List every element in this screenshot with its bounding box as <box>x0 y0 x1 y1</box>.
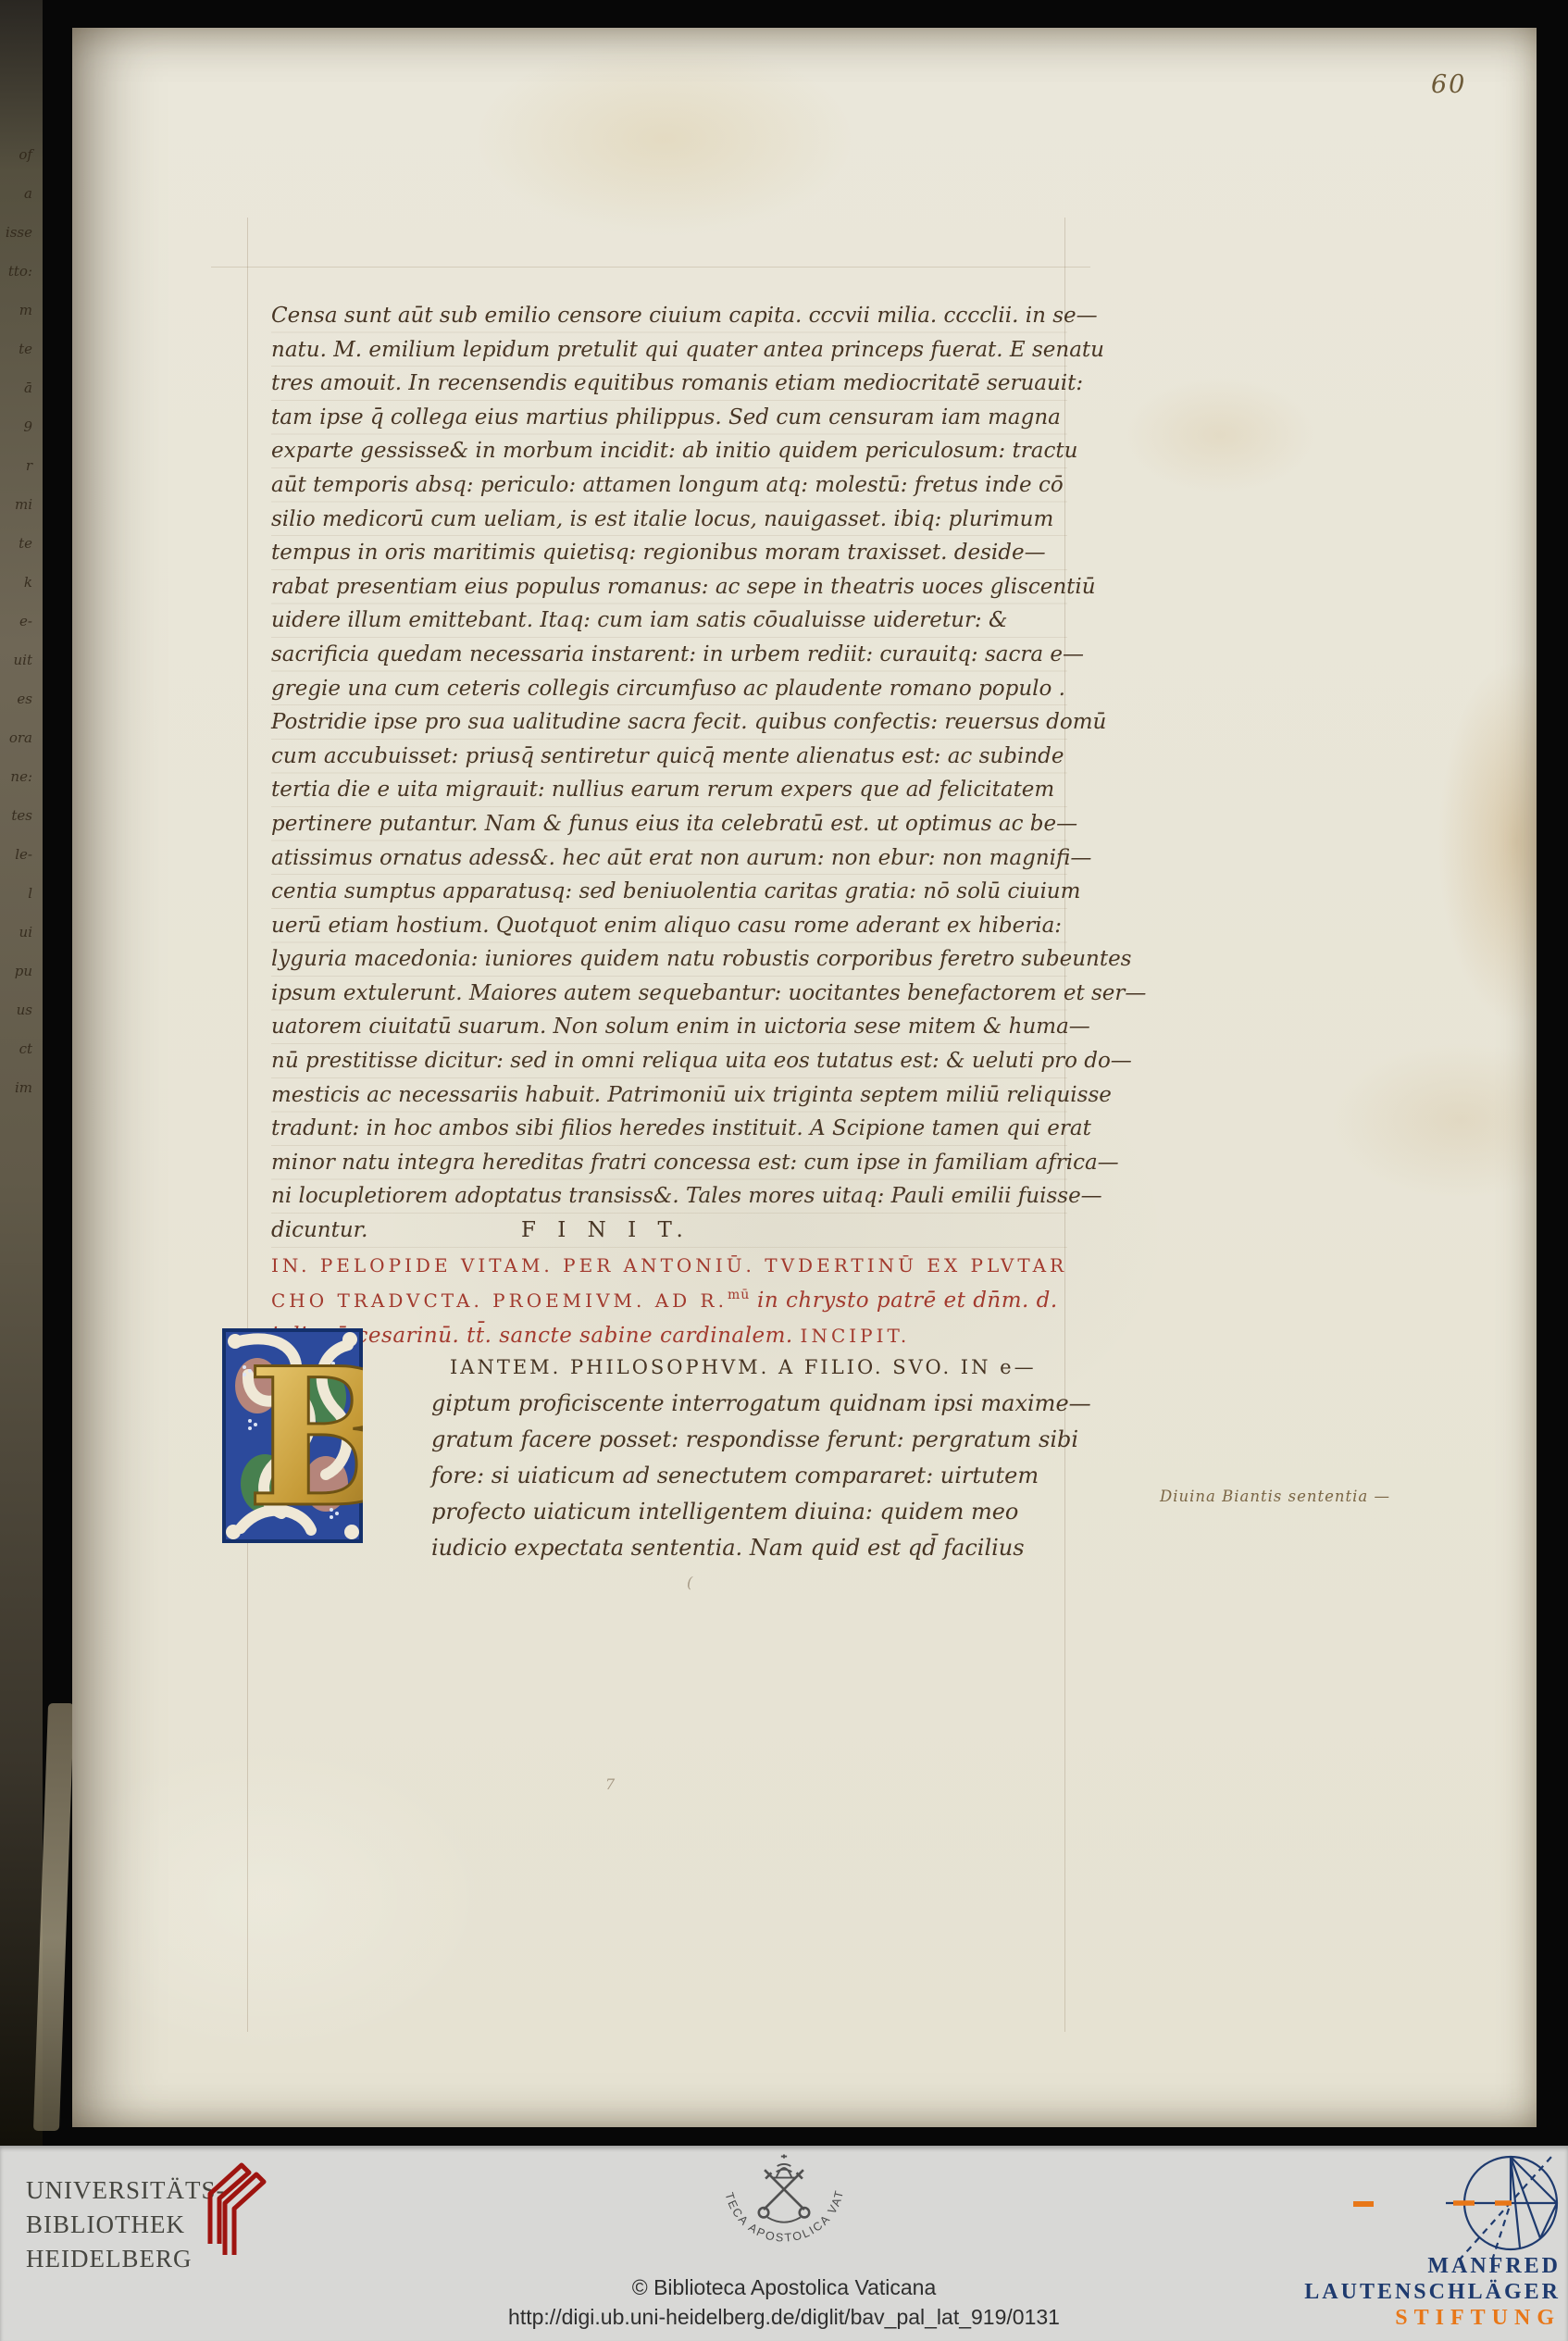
edge-fragment: ct <box>0 1029 39 1068</box>
edge-fragment: a <box>0 174 39 213</box>
edge-fragment: r <box>0 446 39 485</box>
pen-mark: 7 <box>605 1775 615 1793</box>
foundation-name-line: STIFTUNG <box>1304 2305 1561 2331</box>
text-line: gregie una cum ceteris collegis circumfu… <box>271 672 1067 706</box>
foundation-name: MANFRED LAUTENSCHLÄGER STIFTUNG <box>1304 2253 1561 2331</box>
foundation-name-line: LAUTENSCHLÄGER <box>1304 2279 1561 2305</box>
rubric-lowercase: in chrysto patrē et dn̄m. d. <box>750 1289 1057 1313</box>
edge-fragment: isse <box>0 213 39 252</box>
incipit-line: giptum proficiscente interrogatum quidna… <box>431 1386 1091 1422</box>
edge-fragment: tes <box>0 796 39 835</box>
foundation-globe-logo-icon <box>1444 2146 1564 2266</box>
edge-fragment: of <box>0 135 39 174</box>
rubric-line: IN. PELOPIDE VITAM. PER ANTONIŪ. TVDERTI… <box>271 1248 1067 1283</box>
edge-fragment: e- <box>0 602 39 641</box>
orange-dash-icon <box>1353 2201 1374 2207</box>
edge-fragment: ā <box>0 368 39 407</box>
text-line: silio medicorū cum ueliam, is est italie… <box>271 503 1067 537</box>
folio-number: 60 <box>1431 70 1466 99</box>
incipit-paragraph: IANTEM. PHILOSOPHVM. A FILIO. SVO. IN e—… <box>431 1350 1091 1566</box>
text-line: uerū etiam hostium. Quotquot enim aliquo… <box>271 909 1067 943</box>
manuscript-page: 60 Censa sunt aūt sub emilio censore ciu… <box>72 28 1537 2127</box>
illuminated-initial: B <box>222 1328 363 1543</box>
text-line: atissimus ornatus adess&. hec aūt erat n… <box>271 841 1067 876</box>
edge-fragment: te <box>0 330 39 368</box>
text-line: rabat presentiam eius populus romanus: a… <box>271 570 1067 604</box>
incipit-line: gratum facere posset: respondisse ferunt… <box>431 1422 1091 1458</box>
papal-tiara-icon <box>773 2154 794 2177</box>
text-line: centia sumptus apparatusq: sed beniuolen… <box>271 875 1067 909</box>
rubric-line: iulianū cesarinū. tt̄. sancte sabine car… <box>271 1318 1067 1353</box>
digitized-scan-canvas: of a isse tto: m te ā 9 r mi te k e- uit… <box>0 0 1568 2341</box>
text-line: tempus in oris maritimis quietisq: regio… <box>271 536 1067 570</box>
edge-fragment: us <box>0 990 39 1029</box>
text-line: aūt temporis absq: periculo: attamen lon… <box>271 468 1067 503</box>
text-line: natu. M. emilium lepidum pretulit qui qu… <box>271 333 1067 367</box>
facing-page-edge: of a isse tto: m te ā 9 r mi te k e- uit… <box>0 0 43 2146</box>
text-line: tres amouit. In recensendis equitibus ro… <box>271 367 1067 401</box>
edge-fragment: es <box>0 679 39 718</box>
seal-arc-text: BIBLIOTECA APOSTOLICA VATICANA <box>721 2153 846 2245</box>
incipit-line: profecto uiaticum intelligentem diuina: … <box>431 1494 1091 1530</box>
rubric-line: CHO TRADVCTA. PROEMIVM. AD R.mū in chrys… <box>271 1283 1067 1318</box>
text-line: cum accubuisset: priusq̄ sentiretur quic… <box>271 740 1067 774</box>
text-line: Censa sunt aūt sub emilio censore ciuium… <box>271 299 1067 333</box>
edge-fragment: m <box>0 291 39 330</box>
book-shape-icon <box>210 2165 249 2244</box>
text-line: ni locupletiorem adoptatus transiss&. Ta… <box>271 1179 1067 1214</box>
edge-fragment: te <box>0 524 39 563</box>
finit-line: dicuntur. F I N I T. <box>271 1214 1067 1248</box>
initial-letter-glyph: B <box>246 1328 363 1543</box>
incipit-line: iudicio expectata sententia. Nam quid es… <box>431 1530 1091 1566</box>
edge-fragment: pu <box>0 952 39 990</box>
heidelberg-library-logo-icon <box>190 2160 273 2264</box>
vatican-library-seal-icon: BIBLIOTECA APOSTOLICA VATICANA <box>721 2153 847 2262</box>
marginal-annotation: Diuina Biantis sententia — <box>1160 1488 1390 1505</box>
text-line: exparte gessisse& in morbum incidit: ab … <box>271 434 1067 468</box>
text-line: tradunt: in hoc ambos sibi filios herede… <box>271 1112 1067 1146</box>
left-ruling-line <box>247 218 248 2032</box>
text-line: tam ipse q̄ collega eius martius philipp… <box>271 401 1067 435</box>
edge-fragment: 9 <box>0 407 39 446</box>
edge-fragment: mi <box>0 485 39 524</box>
rubric-incipit-word: INCIPIT. <box>801 1325 911 1347</box>
text-line: Postridie ipse pro sua ualitudine sacra … <box>271 705 1067 740</box>
main-text-block: Censa sunt aūt sub emilio censore ciuium… <box>271 299 1067 1248</box>
edge-fragment: uit <box>0 641 39 679</box>
finit-word: F I N I T. <box>521 1214 691 1248</box>
edge-fragment: le- <box>0 835 39 874</box>
text-line: uatorem ciuitatū suarum. Non solum enim … <box>271 1010 1067 1044</box>
text-line: uidere illum emittebant. Itaq: cum iam s… <box>271 604 1067 638</box>
edge-fragment: l <box>0 874 39 913</box>
finit-left-text: dicuntur. <box>271 1218 367 1242</box>
edge-fragment: tto: <box>0 252 39 291</box>
text-line: nū prestitisse dicitur: sed in omni reli… <box>271 1044 1067 1078</box>
edge-fragment: ne: <box>0 757 39 796</box>
incipit-caps-line: IANTEM. PHILOSOPHVM. A FILIO. SVO. IN e— <box>431 1350 1091 1386</box>
footer-bar: UNIVERSITÄTS- BIBLIOTHEK HEIDELBERG <box>0 2146 1568 2341</box>
text-line: pertinere putantur. Nam & funus eius ita… <box>271 807 1067 841</box>
text-line: sacrificia quedam necessaria instarent: … <box>271 638 1067 672</box>
edge-text-fragments: of a isse tto: m te ā 9 r mi te k e- uit… <box>0 135 39 1107</box>
text-line: mesticis ac necessariis habuit. Patrimon… <box>271 1078 1067 1113</box>
text-line: ipsum extulerunt. Maiores autem sequeban… <box>271 977 1067 1011</box>
rubric-superscript: mū <box>728 1288 750 1302</box>
edge-fragment: k <box>0 563 39 602</box>
text-line: lyguria macedonia: iuniores quidem natu … <box>271 942 1067 977</box>
rubric-heading: IN. PELOPIDE VITAM. PER ANTONIŪ. TVDERTI… <box>271 1248 1067 1353</box>
top-ruling-line <box>211 267 1090 268</box>
edge-fragment: ora <box>0 718 39 757</box>
edge-fragment: ui <box>0 913 39 952</box>
svg-text:BIBLIOTECA APOSTOLICA VATICANA: BIBLIOTECA APOSTOLICA VATICANA <box>721 2153 846 2245</box>
rubric-caps: CHO TRADVCTA. PROEMIVM. AD R. <box>271 1289 728 1312</box>
pen-mark: ( <box>687 1574 692 1591</box>
foundation-name-line: MANFRED <box>1304 2253 1561 2279</box>
edge-fragment: im <box>0 1068 39 1107</box>
text-line: tertia die e uita migrauit: nullius earu… <box>271 773 1067 807</box>
text-line: minor natu integra hereditas fratri conc… <box>271 1146 1067 1180</box>
incipit-line: fore: si uiaticum ad senectutem comparar… <box>431 1458 1091 1494</box>
